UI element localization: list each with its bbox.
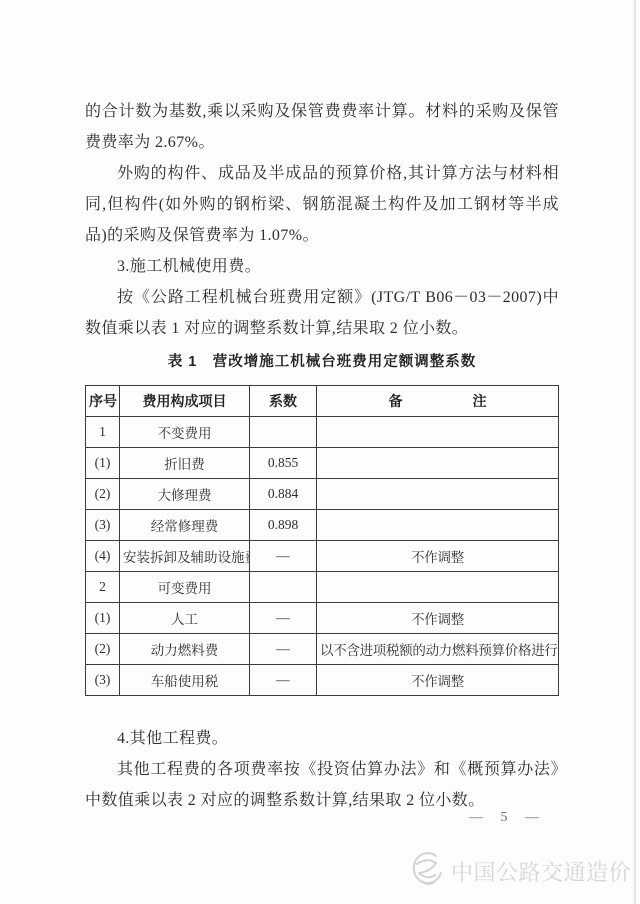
scanned-document-page: 的合计数为基数,乘以采购及保管费费率计算。材料的采购及保管费费率为 2.67%。… xyxy=(0,0,640,904)
cell-item: 不变费用 xyxy=(120,417,250,448)
table-row: (3) 车船使用税 — 不作调整 xyxy=(86,665,559,696)
cell-remark xyxy=(317,448,559,479)
cell-item: 大修理费 xyxy=(120,479,250,510)
cell-remark: 不作调整 xyxy=(317,603,559,634)
adjustment-coefficient-table: 序号 费用构成项目 系数 备 注 1 不变费用 (1) 折旧费 0.855 xyxy=(85,385,559,696)
cell-serial: (2) xyxy=(86,634,120,665)
cell-item: 动力燃料费 xyxy=(120,634,250,665)
table-title: 表 1 营改增施工机械台班费用定额调整系数 xyxy=(85,351,559,373)
watermark: 中国公路交通造价 xyxy=(406,849,631,893)
cell-remark: 不作调整 xyxy=(317,665,559,696)
table-row: (3) 经常修理费 0.898 xyxy=(86,510,559,541)
cell-serial: (1) xyxy=(86,603,120,634)
cell-coefficient: 0.898 xyxy=(250,510,317,541)
cell-item: 人工 xyxy=(120,603,250,634)
cell-remark xyxy=(317,479,559,510)
watermark-logo-icon xyxy=(406,849,448,893)
header-remark: 备 注 xyxy=(317,386,559,417)
table-row: (2) 大修理费 0.884 xyxy=(86,479,559,510)
paragraph-other-fee-calculation: 其他工程费的各项费率按《投资估算办法》和《概预算办法》中数值乘以表 2 对应的调… xyxy=(85,754,559,816)
scan-edge-line xyxy=(634,0,636,904)
cell-serial: (2) xyxy=(86,479,120,510)
cell-remark xyxy=(317,417,559,448)
cell-remark: 不作调整 xyxy=(317,541,559,572)
header-cost-item: 费用构成项目 xyxy=(120,386,250,417)
cell-coefficient: — xyxy=(250,541,317,572)
cell-serial: (1) xyxy=(86,448,120,479)
cell-item: 安装拆卸及辅助设施费 xyxy=(120,541,250,572)
cell-coefficient xyxy=(250,572,317,603)
table-row: 1 不变费用 xyxy=(86,417,559,448)
cell-serial: 1 xyxy=(86,417,120,448)
cell-coefficient: — xyxy=(250,634,317,665)
cell-remark xyxy=(317,572,559,603)
heading-machinery-usage-fee: 3.施工机械使用费。 xyxy=(85,251,559,282)
table-row: (1) 折旧费 0.855 xyxy=(86,448,559,479)
header-serial-number: 序号 xyxy=(86,386,120,417)
heading-other-engineering-fee: 4.其他工程费。 xyxy=(85,723,559,754)
cell-item: 可变费用 xyxy=(120,572,250,603)
cell-coefficient: 0.855 xyxy=(250,448,317,479)
table-row: (2) 动力燃料费 — 以不含进项税额的动力燃料预算价格进行计算 xyxy=(86,634,559,665)
paragraph-machinery-calculation: 按《公路工程机械台班费用定额》(JTG/T B06－03－2007)中数值乘以表… xyxy=(85,282,559,344)
cell-item: 折旧费 xyxy=(120,448,250,479)
cell-item: 经常修理费 xyxy=(120,510,250,541)
cell-remark: 以不含进项税额的动力燃料预算价格进行计算 xyxy=(317,634,559,665)
paragraph-purchased-components: 外购的构件、成品及半成品的预算价格,其计算方法与材料相同,但构件(如外购的钢桁梁… xyxy=(85,158,559,251)
document-body: 的合计数为基数,乘以采购及保管费费率计算。材料的采购及保管费费率为 2.67%。… xyxy=(85,96,559,816)
paragraph-material-procurement-fee: 的合计数为基数,乘以采购及保管费费率计算。材料的采购及保管费费率为 2.67%。 xyxy=(85,96,559,158)
cell-coefficient xyxy=(250,417,317,448)
header-coefficient: 系数 xyxy=(250,386,317,417)
cell-serial: (3) xyxy=(86,665,120,696)
table-header-row: 序号 费用构成项目 系数 备 注 xyxy=(86,386,559,417)
table-row: 2 可变费用 xyxy=(86,572,559,603)
cell-coefficient: 0.884 xyxy=(250,479,317,510)
cell-serial: (3) xyxy=(86,510,120,541)
cell-coefficient: — xyxy=(250,603,317,634)
cell-serial: 2 xyxy=(86,572,120,603)
cell-item: 车船使用税 xyxy=(120,665,250,696)
watermark-text: 中国公路交通造价 xyxy=(451,856,631,887)
table-row: (1) 人工 — 不作调整 xyxy=(86,603,559,634)
cell-remark xyxy=(317,510,559,541)
cell-coefficient: — xyxy=(250,665,317,696)
table-row: (4) 安装拆卸及辅助设施费 — 不作调整 xyxy=(86,541,559,572)
cell-serial: (4) xyxy=(86,541,120,572)
page-number: — 5 — xyxy=(440,810,570,826)
